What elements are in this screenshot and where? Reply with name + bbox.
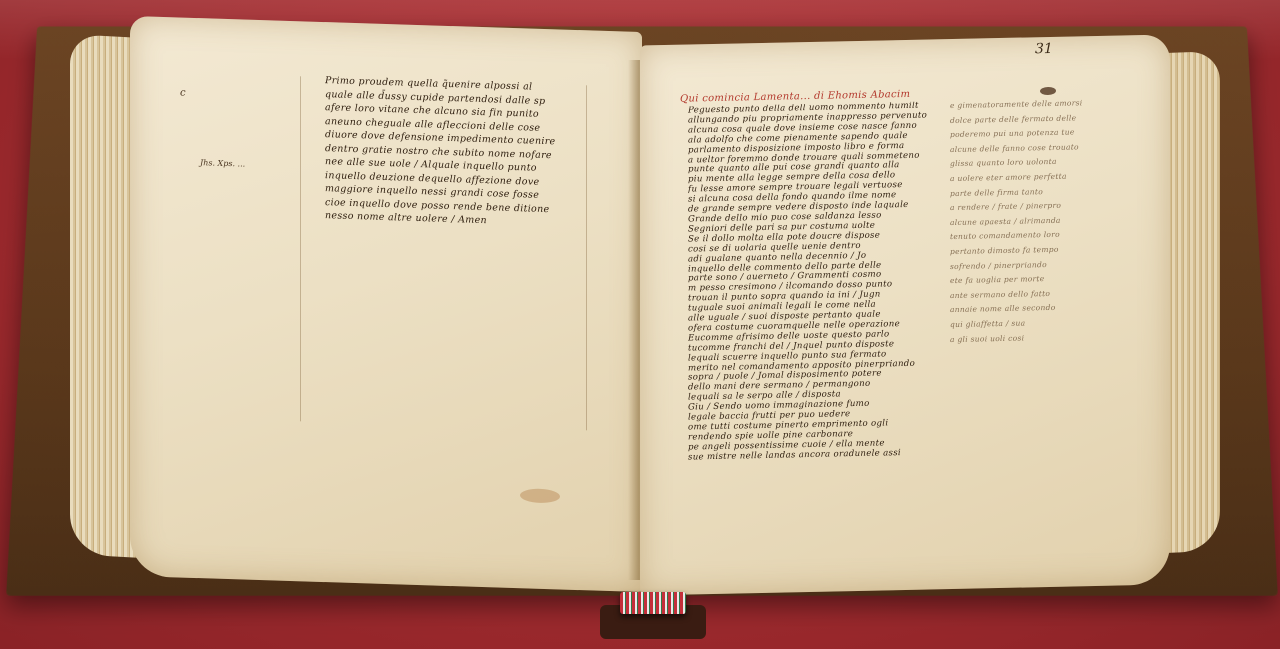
right-page-gloss: e gimenatoramente delle amorsi dolce par… xyxy=(950,95,1125,354)
folio-number: 31 xyxy=(1035,41,1053,57)
right-page: 31 Qui comincia Lamenta... di Ehomis Aba… xyxy=(640,34,1170,595)
right-page-main-text: Peguesto punto della dell uomo nommento … xyxy=(688,101,950,466)
parchment-stain xyxy=(520,488,560,503)
ink-blot xyxy=(1040,87,1056,95)
corner-mark: c xyxy=(180,88,186,99)
left-page: Jhs. Xps. ... c Primo proudem quella q̃u… xyxy=(130,16,642,592)
left-margin-note: Jhs. Xps. ... xyxy=(200,158,245,168)
striped-headband xyxy=(620,592,686,614)
gloss-line: a gli suoi uoli cosi xyxy=(950,329,1125,347)
exhibit-scene: Jhs. Xps. ... c Primo proudem quella q̃u… xyxy=(0,0,1280,649)
left-page-text: Primo proudem quella q̃uenire alpossi al… xyxy=(325,74,595,242)
right-page-block-edges xyxy=(1165,51,1220,553)
